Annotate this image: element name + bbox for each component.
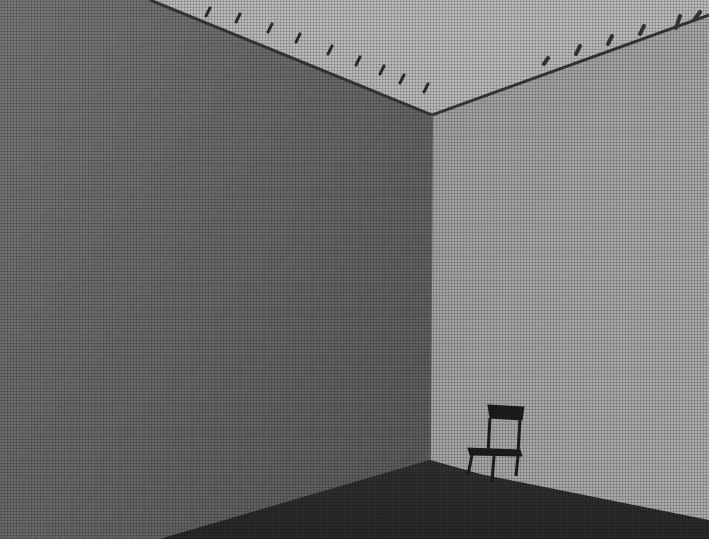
room-photo: [0, 0, 709, 539]
